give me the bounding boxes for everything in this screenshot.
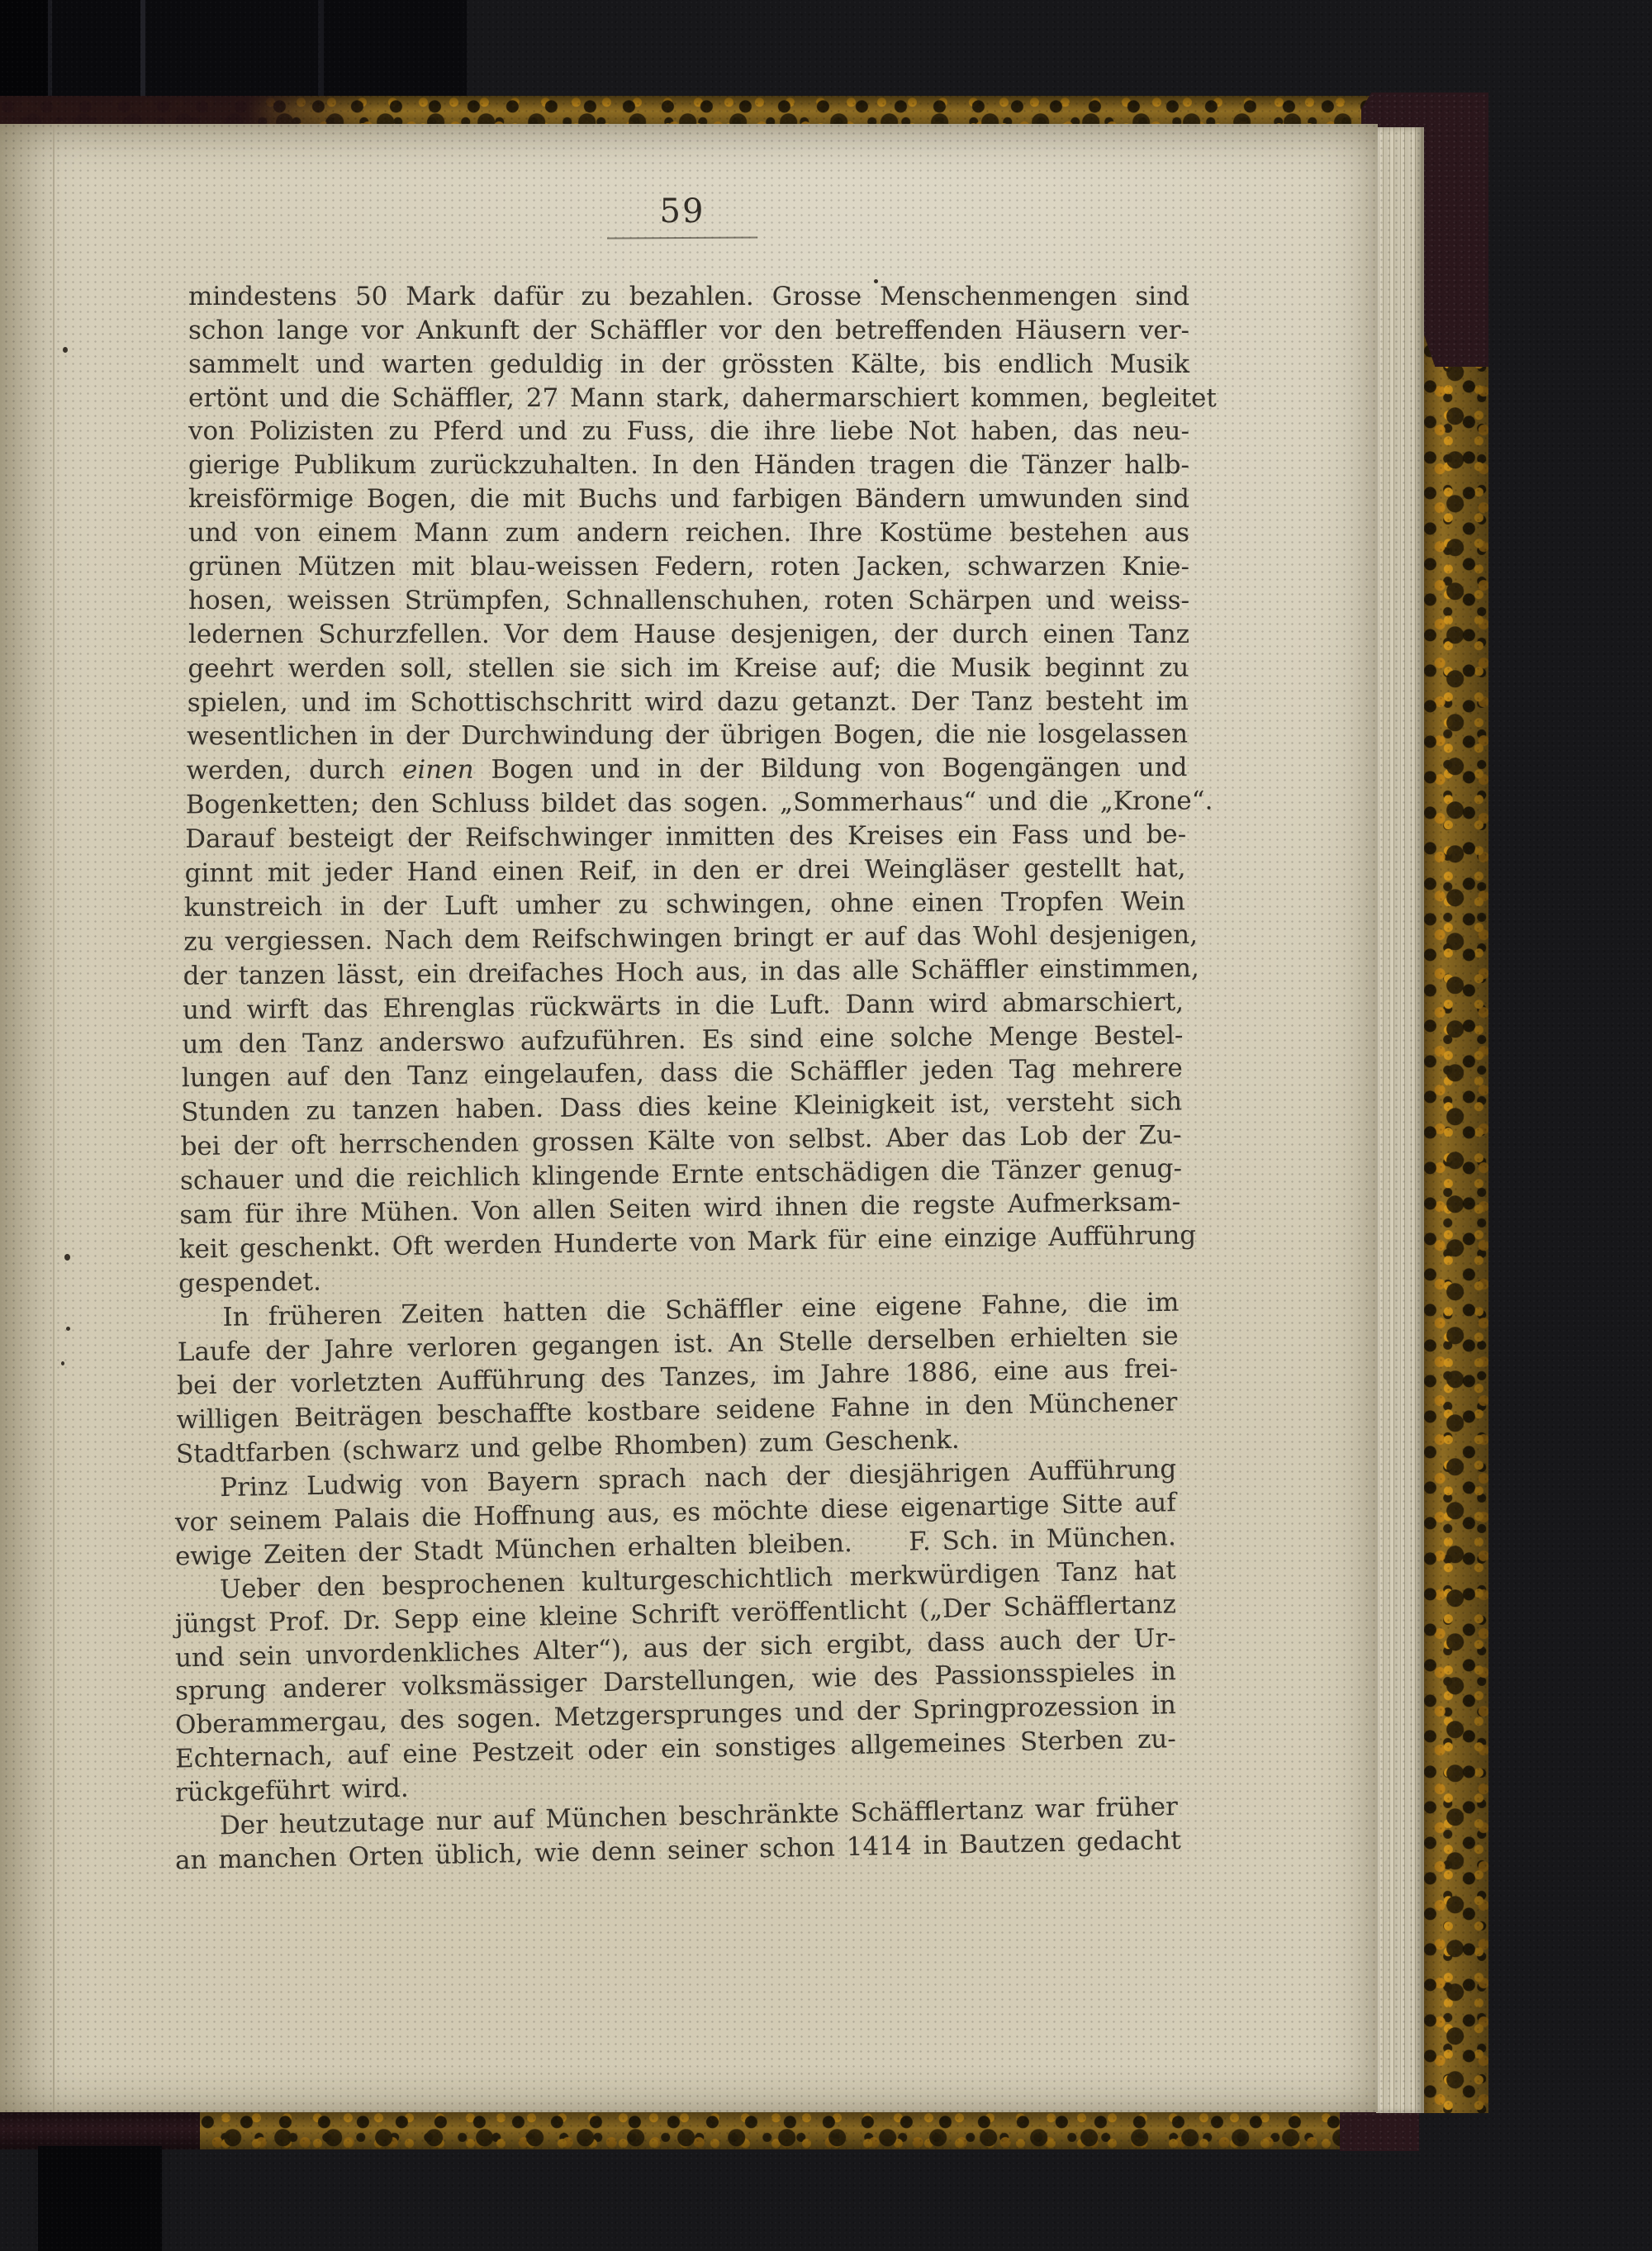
text-line: hosen, weissen Strümpfen, Schnallenschuh… [188, 584, 1189, 618]
text-body: mindestens 50 Mark dafür zu bezahlen. Gr… [188, 280, 1189, 1868]
text-block: 59 mindestens 50 Mark dafür zu bezahlen.… [188, 195, 1189, 1868]
text-line: kreisförmige Bogen, die mit Buchs und fa… [188, 482, 1189, 516]
text-line: und von einem Mann zum andern reichen. I… [188, 516, 1189, 550]
page-number: 59 [182, 195, 1183, 229]
gutter-shading [0, 124, 53, 2112]
cover-bottom-shadow-right [200, 2111, 1411, 2149]
paper-speck [64, 1254, 70, 1261]
text-line: Darauf besteigt der Reifschwinger inmitt… [185, 818, 1186, 857]
text-line: mindestens 50 Mark dafür zu bezahlen. Gr… [188, 280, 1189, 314]
cover-right-edge-shadow [1422, 127, 1488, 2113]
scan-background: 59 mindestens 50 Mark dafür zu bezahlen.… [0, 0, 1652, 2251]
book-cover-bottom-edge-leather [0, 2111, 202, 2149]
text-line: sammelt und warten geduldig in der gröss… [188, 348, 1189, 382]
paper-speck [63, 347, 68, 353]
text-line: werden, durch einen Bogen und in der Bil… [186, 751, 1187, 788]
book-cover-right-marbled-edge [1422, 127, 1488, 2113]
text-line: schon lange vor Ankunft der Schäffler vo… [188, 314, 1189, 348]
board-edge-shadow [38, 2146, 162, 2251]
gutter-fold-line [53, 124, 55, 2112]
paper-speck [66, 1327, 70, 1331]
text-line: ginnt mit jeder Hand einen Reif, in den … [184, 852, 1185, 891]
text-line: grünen Mützen mit blau-weissen Federn, r… [188, 550, 1189, 584]
text-line: spielen, und im Schottischschritt wird d… [188, 685, 1189, 720]
book-cover-bottom-edge-marbled [200, 2111, 1411, 2149]
text-line: Bogenketten; den Schluss bildet das soge… [186, 785, 1187, 823]
text-line: ledernen Schurzfellen. Vor dem Hause des… [188, 618, 1189, 652]
page-number-rule [607, 236, 757, 239]
text-line: von Polizisten zu Pferd und zu Fuss, die… [188, 415, 1189, 449]
text-line: gierige Publikum zurückzuhalten. In den … [188, 449, 1189, 482]
paper-speck [61, 1361, 64, 1365]
author-signature: F. Sch. in München. [909, 1520, 1176, 1559]
book-spine-leather [0, 0, 467, 106]
text-line: geehrt werden soll, stellen sie sich im … [188, 651, 1189, 686]
cover-bottom-shadow-left [0, 2111, 202, 2149]
text-line: ertönt und die Schäffler, 27 Mann stark,… [188, 382, 1189, 416]
page-fore-edge-stack [1376, 127, 1424, 2113]
text-line: wesentlichen in der Durchwindung der übr… [187, 718, 1188, 754]
